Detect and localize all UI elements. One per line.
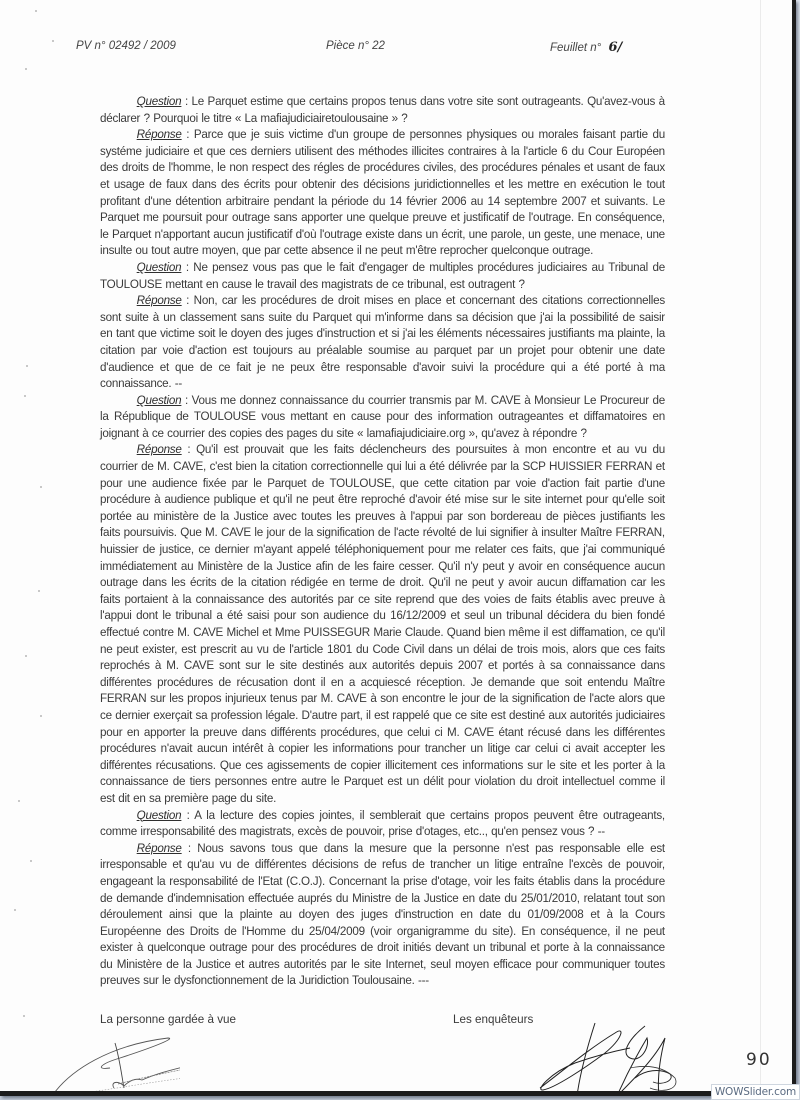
scan-speck [52, 40, 54, 42]
question-label: Question [137, 94, 182, 108]
scan-speck [40, 486, 42, 488]
image-frame: PV n° 02492 / 2009 Pièce n° 22 Feuillet … [0, 0, 800, 1100]
scan-speck [18, 800, 20, 802]
interrogation-body: Question : Le Parquet estime que certain… [100, 93, 665, 989]
question-paragraph: Question : Vous me donnez connaissance d… [100, 392, 665, 442]
question-label: Question [137, 808, 182, 822]
answer-text: : Parce que je suis victime d'un groupe … [100, 127, 665, 257]
answer-paragraph: Réponse : Qu'il est prouvait que les fai… [100, 441, 665, 806]
answer-label: Réponse [137, 293, 182, 307]
answer-paragraph: Réponse : Parce que je suis victime d'un… [100, 126, 665, 259]
scan-speck [23, 1015, 25, 1017]
question-paragraph: Question : A la lecture des copies joint… [100, 807, 665, 840]
feuillet: Feuillet n° 6/ [550, 40, 622, 55]
scan-speck [24, 395, 26, 397]
scan-speck [26, 365, 28, 367]
question-text: : Ne pensez vous pas que le fait d'engag… [100, 260, 665, 291]
scan-speck [35, 10, 37, 12]
question-label: Question [137, 260, 182, 274]
handwritten-page-number: 90 [746, 1050, 772, 1070]
answer-label: Réponse [137, 127, 182, 141]
detainee-label: La personne gardée à vue [100, 1012, 236, 1026]
piece-number: Pièce n° 22 [326, 40, 385, 52]
pv-number: PV n° 02492 / 2009 [76, 40, 176, 52]
answer-label: Réponse [137, 442, 182, 456]
answer-paragraph: Réponse : Non, car les procédures de dro… [100, 292, 665, 392]
investigators-label: Les enquêteurs [453, 1012, 533, 1026]
signature-icon [50, 1030, 180, 1096]
feuillet-number: 6/ [608, 40, 622, 55]
scan-speck [14, 909, 16, 911]
question-text: : Vous me donnez connaissance du courrie… [100, 393, 665, 440]
scan-speck [40, 715, 42, 717]
document-header: PV n° 02492 / 2009 Pièce n° 22 Feuillet … [76, 40, 676, 56]
answer-text: : Qu'il est prouvait que les faits décle… [100, 442, 665, 804]
watermark-link[interactable]: WOWSlider.com [711, 1084, 800, 1100]
feuillet-label: Feuillet n° [550, 42, 601, 54]
scanned-document-page: PV n° 02492 / 2009 Pièce n° 22 Feuillet … [0, 0, 796, 1096]
scan-speck [38, 590, 40, 592]
question-paragraph: Question : Ne pensez vous pas que le fai… [100, 259, 665, 292]
scan-speck [25, 68, 27, 70]
signature-icon [535, 1018, 695, 1096]
scan-speck [25, 655, 27, 657]
answer-text: : Non, car les procédures de droit mises… [100, 293, 665, 390]
question-text: : Le Parquet estime que certains propos … [100, 94, 665, 125]
question-paragraph: Question : Le Parquet estime que certain… [100, 93, 665, 126]
question-text: : A la lecture des copies jointes, il se… [100, 808, 665, 839]
answer-text: : Nous savons tous que dans la mesure qu… [100, 841, 665, 988]
question-label: Question [137, 393, 182, 407]
scan-fold-line [760, 0, 761, 1091]
answer-paragraph: Réponse : Nous savons tous que dans la m… [100, 840, 665, 989]
answer-label: Réponse [137, 841, 182, 855]
scan-speck [30, 860, 32, 862]
